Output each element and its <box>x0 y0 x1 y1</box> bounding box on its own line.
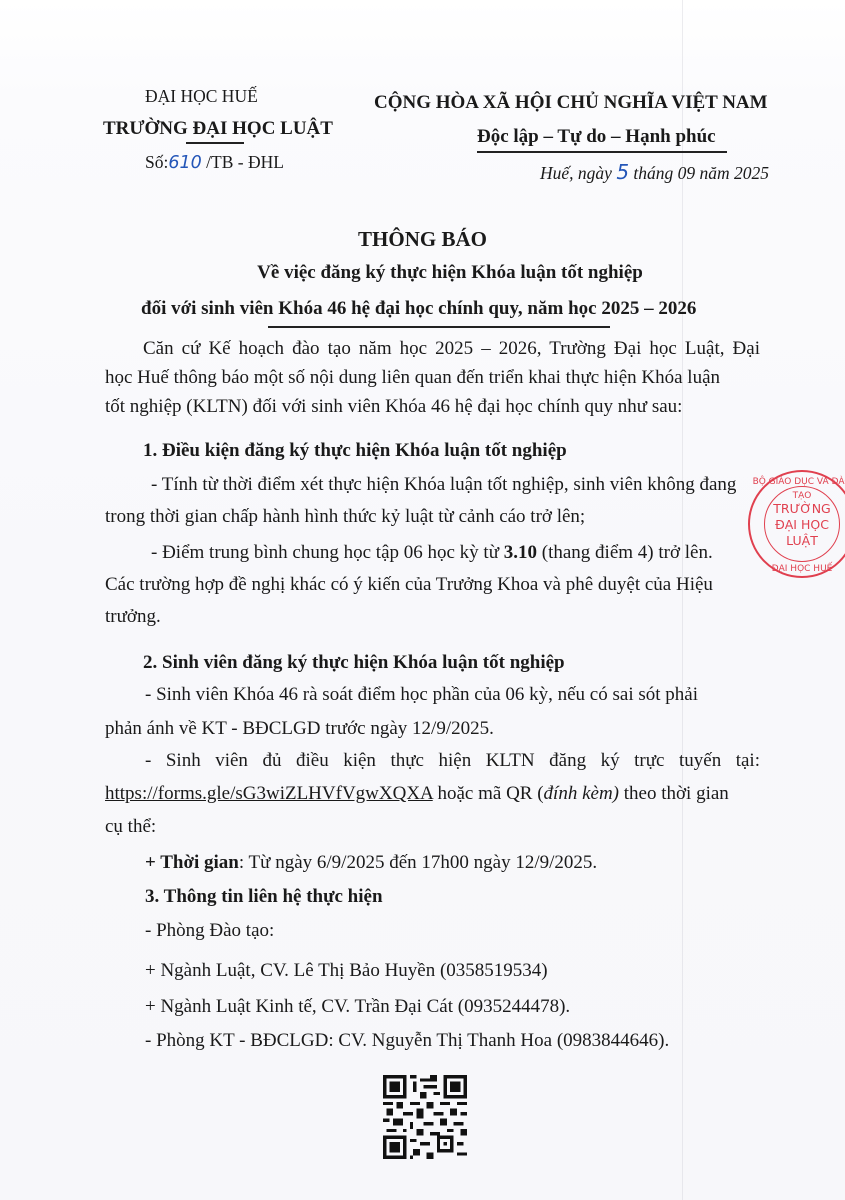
gpa-threshold: 3.10 <box>504 542 537 563</box>
document-title: THÔNG BÁO <box>0 227 845 252</box>
section1-item1: - Tính từ thời điểm xét thực hiện Khóa l… <box>105 472 760 530</box>
document-subtitle-line1: Về việc đăng ký thực hiện Khóa luận tốt … <box>0 262 845 284</box>
country-name: CỘNG HÒA XÃ HỘI CHỦ NGHĨA VIỆT NAM <box>374 92 768 114</box>
section2-item1: - Sinh viên Khóa 46 rà soát điểm học phầ… <box>105 682 760 742</box>
section1-heading: 1. Điều kiện đăng ký thực hiện Khóa luận… <box>143 440 567 462</box>
intro-paragraph: Căn cứ Kế hoạch đào tạo năm học 2025 – 2… <box>105 336 760 420</box>
national-motto: Độc lập – Tự do – Hạnh phúc <box>477 126 716 148</box>
section1-item2: - Điểm trung bình chung học tập 06 học k… <box>105 540 760 630</box>
official-seal-stamp: TRƯỜNG ĐẠI HỌC LUẬT BỘ GIÁO DỤC VÀ ĐÀO T… <box>748 470 845 578</box>
organization-name: TRƯỜNG ĐẠI HỌC LUẬT <box>103 118 333 140</box>
qr-code <box>383 1075 467 1159</box>
handwritten-day: 5 <box>616 160 629 184</box>
org-underline <box>186 142 244 144</box>
motto-underline <box>477 151 727 153</box>
section3-heading: 3. Thông tin liên hệ thực hiện <box>145 886 383 908</box>
handwritten-number: 610 <box>168 153 201 173</box>
document-number: Số:610 /TB - ĐHL <box>145 152 284 173</box>
contact-line: + Ngành Luật Kinh tế, CV. Trần Đại Cát (… <box>145 996 570 1018</box>
section2-heading: 2. Sinh viên đăng ký thực hiện Khóa luận… <box>143 652 565 674</box>
contact-line: + Ngành Luật, CV. Lê Thị Bảo Huyền (0358… <box>145 960 548 982</box>
registration-form-link[interactable]: https://forms.gle/sG3wiZLHVfVgwXQXA <box>105 783 433 804</box>
contact-line: - Phòng KT - BĐCLGD: CV. Nguyễn Thị Than… <box>145 1030 669 1052</box>
registration-time: + Thời gian: Từ ngày 6/9/2025 đến 17h00 … <box>145 852 597 874</box>
contact-line: - Phòng Đào tạo: <box>145 920 274 942</box>
parent-organization: ĐẠI HỌC HUẾ <box>145 86 258 107</box>
document-date: Huế, ngày 5 tháng 09 năm 2025 <box>540 160 769 184</box>
document-subtitle-line2: đối với sinh viên Khóa 46 hệ đại học chí… <box>141 298 696 320</box>
section2-item2: - Sinh viên đủ điều kiện thực hiện KLTN … <box>105 748 760 840</box>
title-underline <box>268 326 610 328</box>
